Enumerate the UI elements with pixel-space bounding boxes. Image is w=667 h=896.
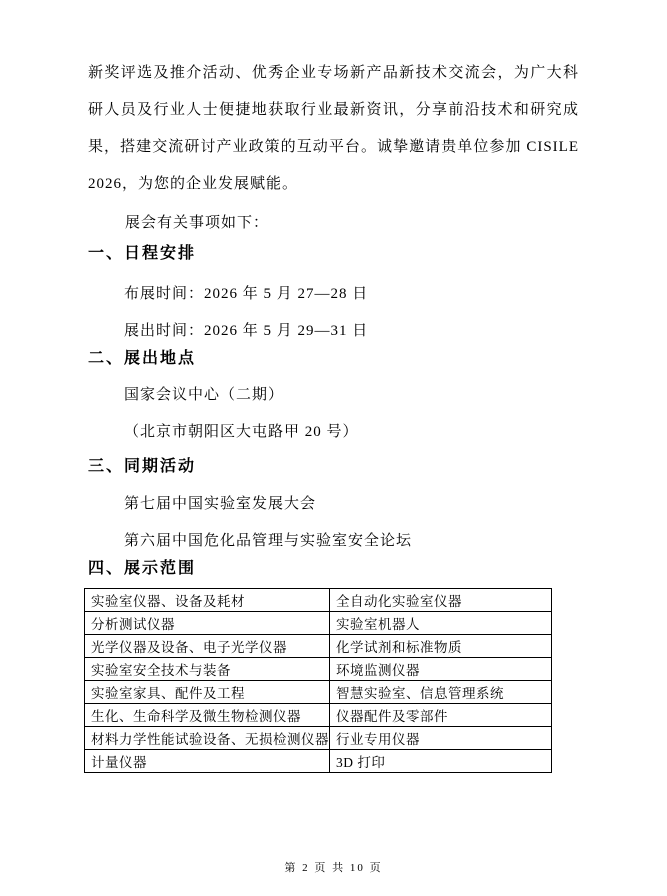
table-row: 实验室家具、配件及工程 智慧实验室、信息管理系统 bbox=[85, 681, 552, 704]
document-page: 新奖评选及推介活动、优秀企业专场新产品新技术交流会，为广大科研人员及行业人士便捷… bbox=[0, 0, 667, 896]
table-cell: 3D 打印 bbox=[330, 750, 552, 773]
venue-name: 国家会议中心（二期） bbox=[88, 377, 579, 414]
table-cell: 生化、生命科学及微生物检测仪器 bbox=[85, 704, 330, 727]
schedule-setup-time: 布展时间：2026 年 5 月 27—28 日 bbox=[88, 276, 579, 313]
exhibit-scope-table: 实验室仪器、设备及耗材 全自动化实验室仪器 分析测试仪器 实验室机器人 光学仪器… bbox=[84, 588, 552, 773]
concurrent-event-1: 第七届中国实验室发展大会 bbox=[88, 486, 579, 523]
table-cell: 仪器配件及零部件 bbox=[330, 704, 552, 727]
section-heading-schedule: 一、日程安排 bbox=[88, 240, 579, 268]
table-row: 实验室仪器、设备及耗材 全自动化实验室仪器 bbox=[85, 589, 552, 612]
table-row: 分析测试仪器 实验室机器人 bbox=[85, 612, 552, 635]
table-cell: 实验室家具、配件及工程 bbox=[85, 681, 330, 704]
table-cell: 分析测试仪器 bbox=[85, 612, 330, 635]
section-heading-concurrent-events: 三、同期活动 bbox=[88, 453, 579, 481]
venue-address: （北京市朝阳区大屯路甲 20 号） bbox=[88, 414, 579, 451]
table-row: 计量仪器 3D 打印 bbox=[85, 750, 552, 773]
table-cell: 实验室安全技术与装备 bbox=[85, 658, 330, 681]
table-cell: 环境监测仪器 bbox=[330, 658, 552, 681]
table-cell: 材料力学性能试验设备、无损检测仪器 bbox=[85, 727, 330, 750]
table-row: 实验室安全技术与装备 环境监测仪器 bbox=[85, 658, 552, 681]
table-cell: 全自动化实验室仪器 bbox=[330, 589, 552, 612]
table-cell: 智慧实验室、信息管理系统 bbox=[330, 681, 552, 704]
table-cell: 计量仪器 bbox=[85, 750, 330, 773]
intro-line: 展会有关事项如下： bbox=[88, 205, 579, 242]
page-number: 第 2 页 共 10 页 bbox=[284, 862, 382, 874]
table-cell: 光学仪器及设备、电子光学仪器 bbox=[85, 635, 330, 658]
table-row: 生化、生命科学及微生物检测仪器 仪器配件及零部件 bbox=[85, 704, 552, 727]
opening-paragraph: 新奖评选及推介活动、优秀企业专场新产品新技术交流会，为广大科研人员及行业人士便捷… bbox=[88, 55, 579, 203]
table-row: 光学仪器及设备、电子光学仪器 化学试剂和标准物质 bbox=[85, 635, 552, 658]
table-cell: 实验室仪器、设备及耗材 bbox=[85, 589, 330, 612]
table-row: 材料力学性能试验设备、无损检测仪器 行业专用仪器 bbox=[85, 727, 552, 750]
page-content: 新奖评选及推介活动、优秀企业专场新产品新技术交流会，为广大科研人员及行业人士便捷… bbox=[88, 55, 579, 773]
table-cell: 实验室机器人 bbox=[330, 612, 552, 635]
table-cell: 行业专用仪器 bbox=[330, 727, 552, 750]
table-cell: 化学试剂和标准物质 bbox=[330, 635, 552, 658]
page-footer: 第 2 页 共 10 页 bbox=[0, 859, 667, 875]
